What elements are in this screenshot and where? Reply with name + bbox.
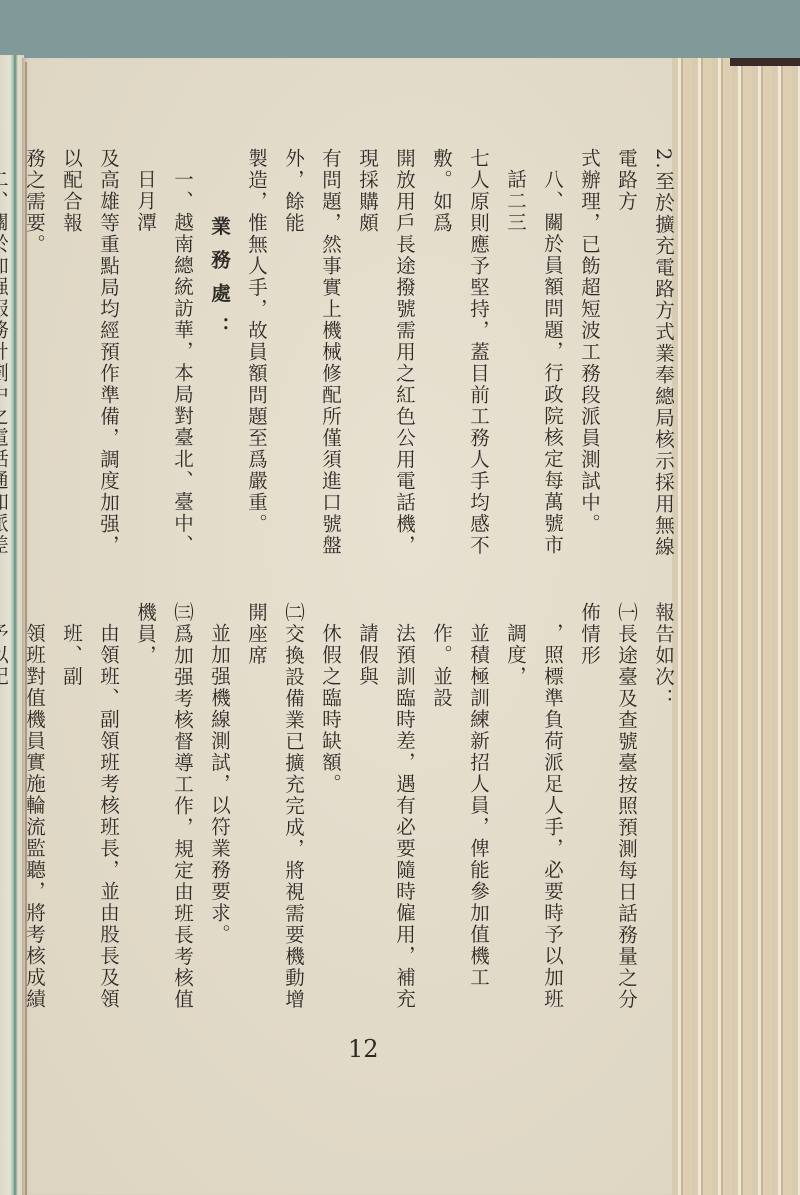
upper-text-block: 2.至於擴充電路方式業奉總局核示採用無線電路方 式辦理，已飭超短波工務段派員測試… — [0, 148, 682, 558]
text-column: 一、越南總統訪華，本局對臺北、臺中、日月潭 — [127, 148, 201, 558]
text-column: ，照標準負荷派足人手，必要時予以加班調度， — [497, 602, 571, 1022]
text-column: 八、關於員額問題，行政院核定每萬號市話二三 — [497, 148, 571, 558]
text-column: 有問題，然事實上機械修配所僅須進口號盤外，餘能 — [275, 148, 349, 558]
text-column: ㈢爲加强考核督導工作，規定由班長考核值機員， — [127, 602, 201, 1022]
text-column: 及高雄等重點局均經預作準備，調度加强，以配合報 — [53, 148, 127, 558]
text-column: 製造，惟無人手，故員額問題至爲嚴重。 — [238, 148, 275, 558]
page-number: 12 — [348, 1035, 379, 1063]
text-column: ㈠長途臺及查號臺按照預測每日話務量之分佈情形 — [571, 602, 645, 1022]
text-column: 七人原則應予堅持，蓋目前工務人手均感不敷。如爲 — [423, 148, 497, 558]
text-column: 並積極訓練新招人員，俾能參加值機工作。並設 — [423, 602, 497, 1022]
text-column: ㈡交換設備業已擴充完成，將視需要機動增開座席 — [238, 602, 312, 1022]
text-column: 報告如次： — [645, 602, 682, 1022]
section-heading: 業務處： — [201, 148, 238, 558]
text-column: 並加强機線測試，以符業務要求。 — [201, 602, 238, 1022]
text-column: 領班對值機員實施輪流監聽，將考核成績予以記 — [0, 602, 53, 1022]
text-column: 式辦理，已飭超短波工務段派員測試中。 — [571, 148, 608, 558]
text-column: 由領班、副領班考核班長，並由股長及領班、副 — [53, 602, 127, 1022]
text-column: 開放用戶長途撥號需用之紅色公用電話機，現採購頗 — [349, 148, 423, 558]
text-column: 2.至於擴充電路方式業奉總局核示採用無線電路方 — [608, 148, 682, 558]
text-column: 二、關於加强服務計劃中之電話通知派差收取眞 — [0, 148, 16, 558]
lower-text-block: 報告如次： ㈠長途臺及查號臺按照預測每日話務量之分佈情形 ，照標準負荷派足人手，… — [0, 602, 682, 1022]
text-column: 休假之臨時缺額。 — [312, 602, 349, 1022]
text-column: 法預訓臨時差，遇有必要隨時僱用，補充請假與 — [349, 602, 423, 1022]
text-column: 務之需要。 — [16, 148, 53, 558]
book-cover-edge — [730, 58, 800, 66]
page-stack-edges — [672, 58, 800, 1195]
